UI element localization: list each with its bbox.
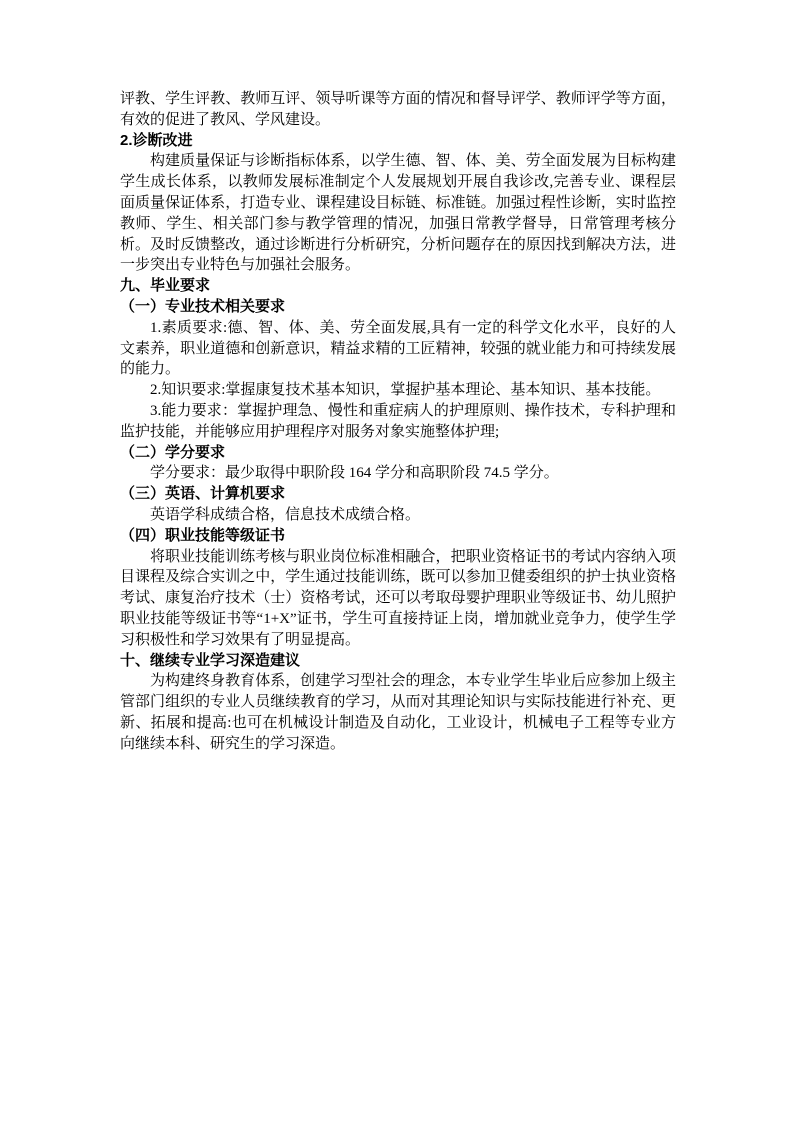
body-paragraph: 1.素质要求:德、智、体、美、劳全面发展,具有一定的科学文化水平，良好的人文素养…	[120, 318, 676, 380]
body-paragraph: 为构建终身教育体系，创建学习型社会的理念，本专业学生毕业后应参加上级主管部门组织…	[120, 671, 676, 754]
section-heading: 2.诊断改进	[120, 131, 676, 152]
body-paragraph: 3.能力要求：掌握护理急、慢性和重症病人的护理原则、操作技术，专科护理和监护技能…	[120, 401, 676, 443]
body-paragraph: 构建质量保证与诊断指标体系，以学生德、智、体、美、劳全面发展为目标构建学生成长体…	[120, 151, 676, 276]
document-page: 评教、学生评教、教师互评、领导听课等方面的情况和督导评学、教师评学等方面，有效的…	[0, 0, 794, 1123]
body-paragraph: 将职业技能训练考核与职业岗位标准相融合，把职业资格证书的考试内容纳入项目课程及综…	[120, 547, 676, 651]
body-paragraph: 评教、学生评教、教师互评、领导听课等方面的情况和督导评学、教师评学等方面，有效的…	[120, 89, 676, 131]
body-paragraph: 2.知识要求:掌握康复技术基本知识，掌握护基本理论、基本知识、基本技能。	[120, 380, 676, 401]
section-heading: （一）专业技术相关要求	[120, 297, 676, 318]
section-heading: （四）职业技能等级证书	[120, 526, 676, 547]
body-paragraph: 英语学科成绩合格，信息技术成绩合格。	[120, 505, 676, 526]
body-paragraph: 学分要求：最少取得中职阶段 164 学分和高职阶段 74.5 学分。	[120, 463, 676, 484]
section-heading: 十、继续专业学习深造建议	[120, 651, 676, 672]
section-heading: 九、毕业要求	[120, 276, 676, 297]
section-heading: （三）英语、计算机要求	[120, 484, 676, 505]
section-heading: （二）学分要求	[120, 443, 676, 464]
document-content: 评教、学生评教、教师互评、领导听课等方面的情况和督导评学、教师评学等方面，有效的…	[120, 89, 676, 755]
